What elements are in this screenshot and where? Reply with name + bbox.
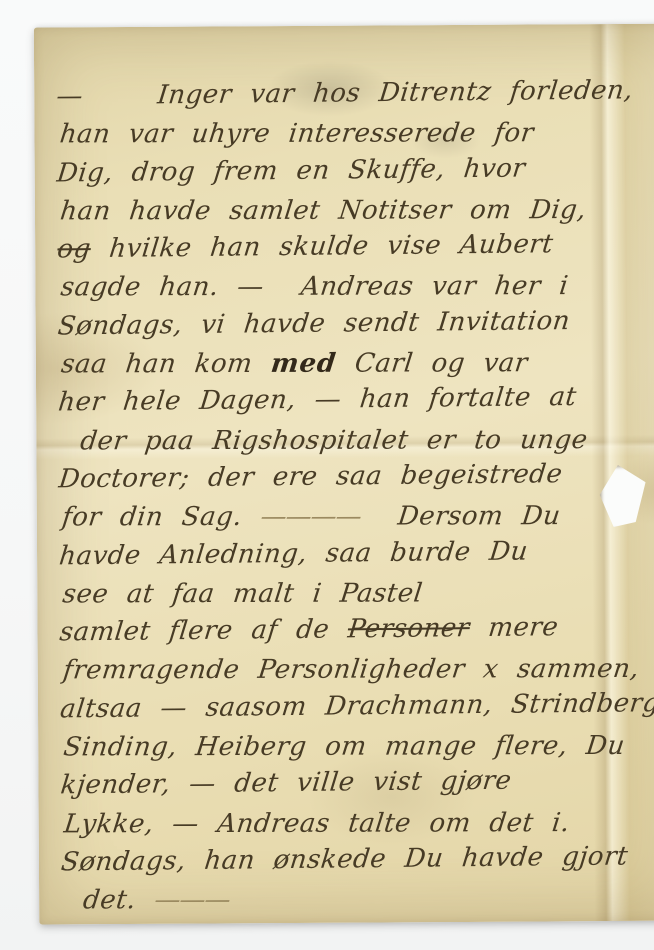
handwritten-line: Dig, drog frem en Skuffe, hvor — [55, 148, 654, 193]
handwritten-line: samlet flere af de Personer mere — [58, 607, 654, 652]
handwritten-text: — Inger var hos Ditrentz forleden, — [55, 75, 635, 111]
handwritten-text: hvilke han skulde vise Aubert — [89, 229, 555, 264]
handwritten-text: mere — [468, 612, 560, 643]
handwritten-text: samlet flere af de — [58, 615, 350, 648]
handwritten-text: han var uhyre interesserede for — [58, 118, 535, 149]
handwritten-text: der paa Rigshospitalet er to unge — [60, 425, 589, 456]
handwritten-text: det. — [63, 885, 157, 915]
handwritten-text: altsaa — saasom Drachmann, Strindberg — [59, 688, 654, 724]
letter-text: — Inger var hos Ditrentz forleden,han va… — [34, 24, 654, 920]
handwritten-line: det. ——— — [62, 880, 654, 920]
handwritten-text: for din Sag. — [60, 502, 262, 533]
handwritten-text: Lykke, — Andreas talte om det i. — [62, 808, 571, 839]
handwritten-line: havde Anledning, saa burde Du — [57, 531, 654, 576]
crossed-out-word: Personer — [346, 613, 471, 644]
handwritten-text: fremragende Personligheder x sammen, — [61, 654, 641, 686]
handwritten-text: see at faa malt i Pastel — [61, 578, 424, 609]
handwritten-text: han havde samlet Notitser om Dig, — [59, 195, 588, 226]
handwritten-text: ———— — [259, 502, 363, 532]
handwritten-text: Carl og var — [334, 348, 529, 379]
handwritten-line: altsaa — saasom Drachmann, Strindberg — [58, 684, 654, 729]
handwritten-text: med — [269, 349, 338, 379]
handwritten-text: her hele Dagen, — han fortalte at — [57, 382, 579, 417]
handwritten-text: sagde han. — Andreas var her i — [59, 272, 570, 303]
handwritten-text: havde Anledning, saa burde Du — [58, 536, 530, 571]
handwritten-text: Dersom Du — [359, 501, 562, 532]
handwritten-line: og hvilke han skulde vise Aubert — [55, 224, 654, 269]
handwritten-text: kjender, — det ville vist gjøre — [59, 766, 513, 801]
scan-background: — Inger var hos Ditrentz forleden,han va… — [0, 0, 654, 950]
handwritten-line: Doctorer; der ere saa begeistrede — [57, 454, 654, 499]
handwritten-text: ——— — [153, 885, 232, 915]
handwritten-line: her hele Dagen, — han fortalte at — [56, 377, 654, 422]
handwritten-text: saa han kom — [60, 349, 273, 380]
handwritten-line: kjender, — det ville vist gjøre — [59, 760, 654, 805]
handwritten-line: Søndags, han ønskede Du havde gjort — [59, 837, 654, 882]
handwritten-text: Sinding, Heiberg om mange flere, Du — [62, 731, 627, 762]
handwritten-line: for din Sag. ———— Dersom Du — [60, 497, 654, 537]
letter-page: — Inger var hos Ditrentz forleden,han va… — [34, 24, 654, 925]
handwritten-line: Søndags, vi havde sendt Invitation — [56, 301, 654, 346]
handwritten-text: Dig, drog frem en Skuffe, hvor — [55, 153, 527, 188]
handwritten-line: han var uhyre interesserede for — [58, 114, 654, 154]
handwritten-text: Søndags, vi havde sendt Invitation — [56, 306, 571, 341]
crossed-out-word: og — [56, 234, 93, 264]
handwritten-text: Doctorer; der ere saa begeistrede — [57, 459, 564, 494]
handwritten-text: Søndags, han ønskede Du havde gjort — [60, 841, 630, 877]
handwritten-line: — Inger var hos Ditrentz forleden, — [54, 71, 654, 116]
